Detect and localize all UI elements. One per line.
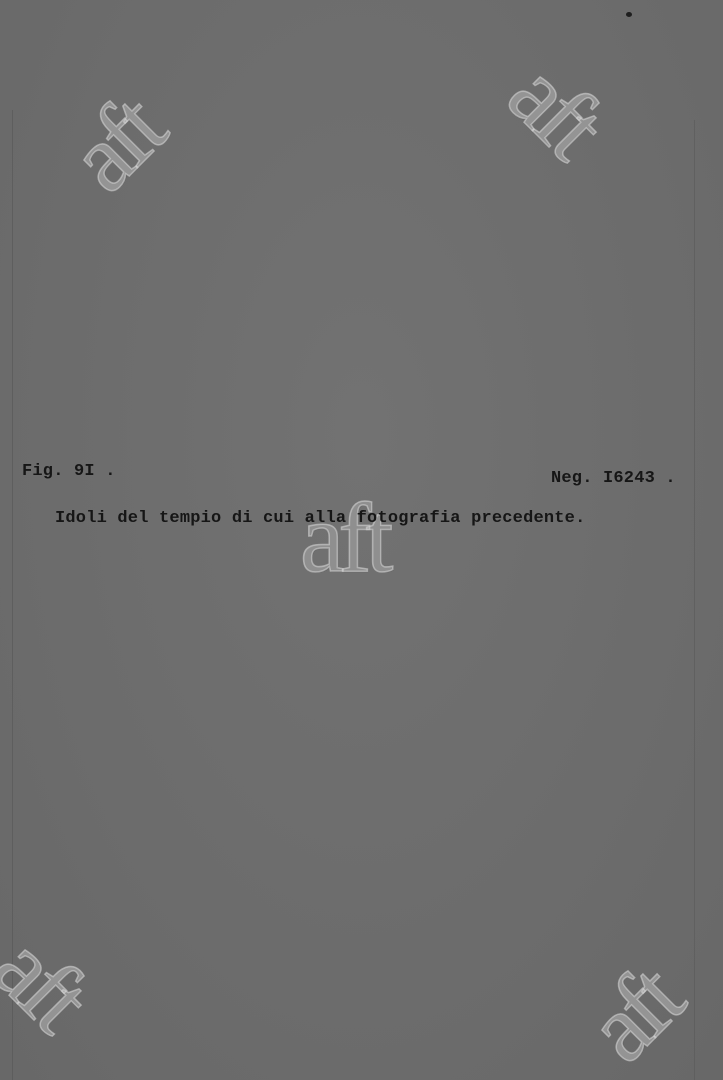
archive-card: aft aft aft aft aft Fig. 9I . Neg. I6243… (0, 0, 723, 1080)
photo-caption: Idoli del tempio di cui alla fotografia … (55, 509, 586, 528)
watermark-bottom-right: aft (570, 951, 697, 1078)
figure-number: Fig. 9I . (22, 462, 116, 481)
dust-speck (626, 12, 632, 17)
watermark-top-right: aft (492, 45, 619, 172)
negative-number: Neg. I6243 . (551, 469, 676, 488)
right-edge-mark (694, 120, 695, 1080)
watermark-bottom-left: aft (0, 918, 104, 1045)
watermark-center: aft (300, 488, 387, 588)
left-edge-mark (12, 110, 13, 1080)
watermark-top-left: aft (52, 81, 179, 208)
